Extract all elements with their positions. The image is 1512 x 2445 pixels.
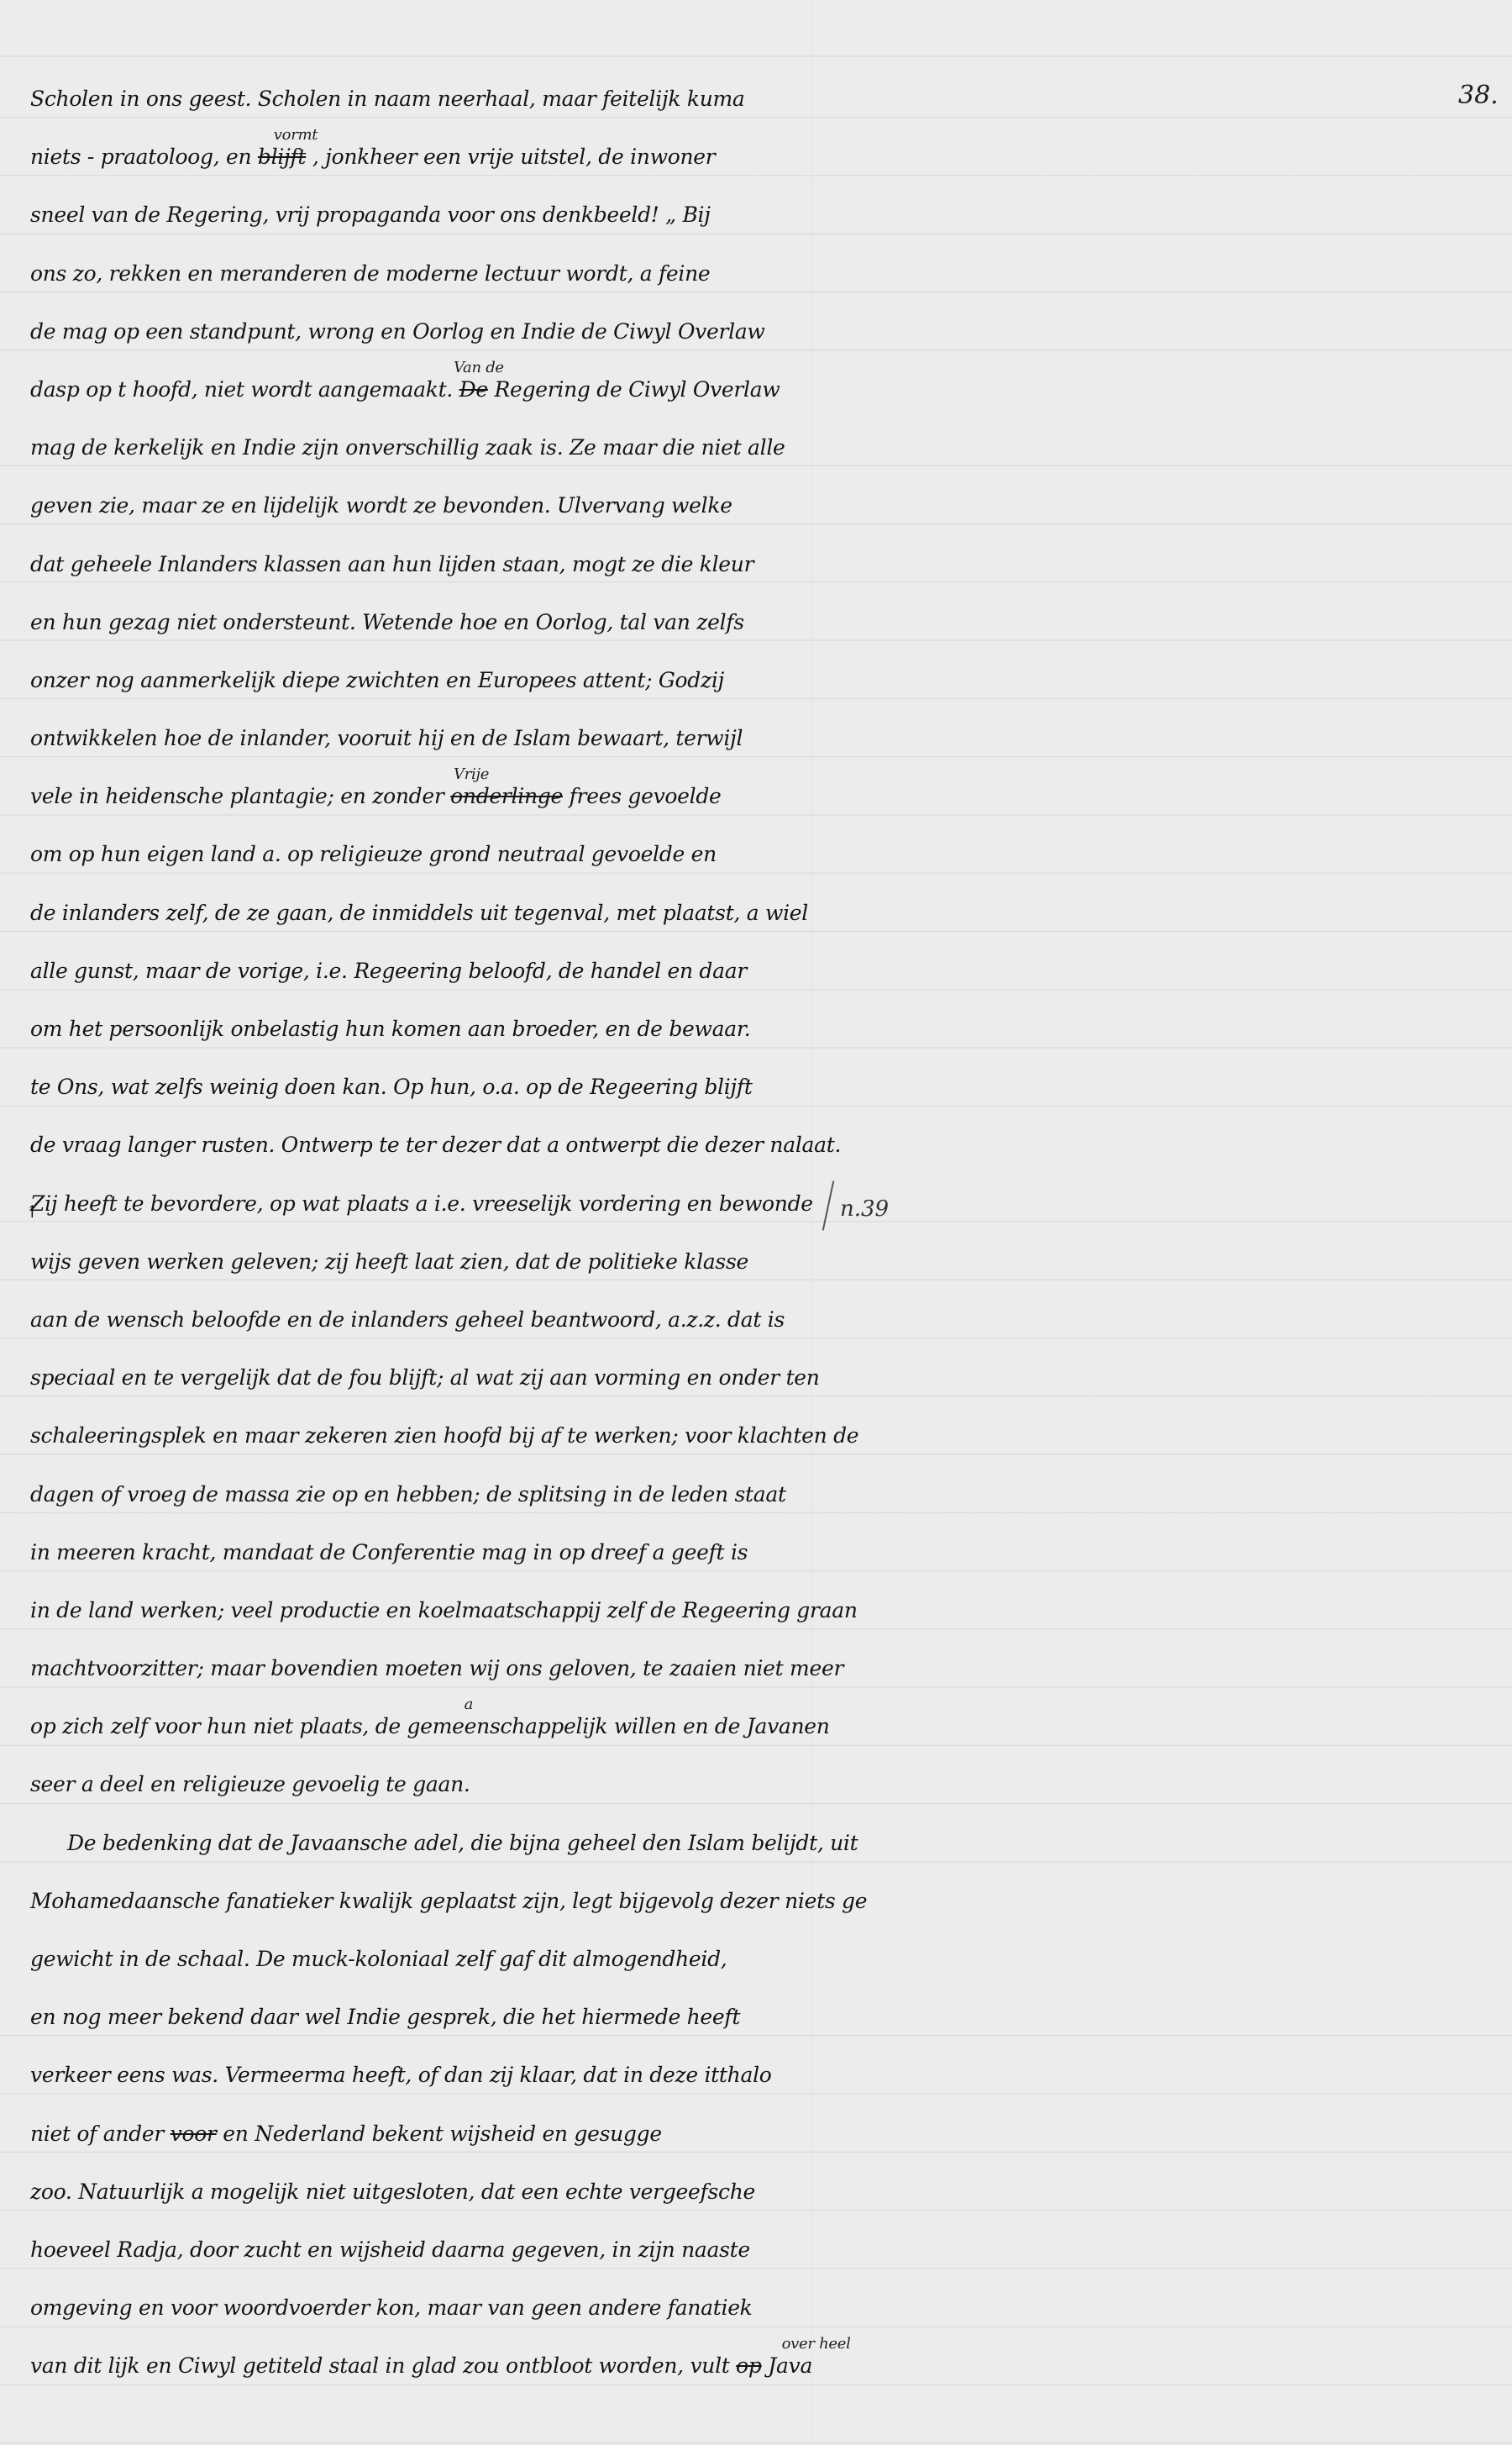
interlinear-insertion: a — [465, 1686, 473, 1723]
manuscript-line: omgeving en voor woordvoerder kon, maar … — [30, 2290, 803, 2348]
manuscript-line: de mag op een standpunt, wrong en Oorlog… — [30, 313, 803, 371]
manuscript-line: vele in heidensche plantagie; en zonder … — [30, 778, 803, 836]
manuscript-line: niet of ander voor en Nederland bekent w… — [30, 2116, 803, 2174]
insertion-caret: ↑ — [25, 1201, 39, 1222]
manuscript-line: in de land werken; veel productie en koe… — [30, 1592, 803, 1650]
manuscript-line: seer a deel en religieuze gevoelig te ga… — [30, 1766, 803, 1824]
manuscript-line: om het persoonlijk onbelastig hun komen … — [30, 1011, 803, 1069]
manuscript-line: om op hun eigen land a. op religieuze gr… — [30, 836, 803, 894]
manuscript-line: op zich zelf voor hun niet plaats, de ge… — [30, 1708, 803, 1766]
interlinear-insertion: vormt — [274, 117, 318, 154]
manuscript-line: alle gunst, maar de vorige, i.e. Regeeri… — [30, 953, 803, 1011]
manuscript-line: mag de kerkelijk en Indie zijn onverschi… — [30, 429, 803, 487]
interlinear-insertion: Van de — [454, 350, 504, 386]
manuscript-text: Scholen in ons geest. Scholen in naam ne… — [30, 81, 803, 2406]
manuscript-line: hoeveel Radja, door zucht en wijsheid da… — [30, 2232, 803, 2290]
manuscript-line: schaleeringsplek en maar zekeren zien ho… — [30, 1417, 803, 1475]
manuscript-line: Zij heeft te bevordere, op wat plaats a … — [30, 1186, 803, 1244]
manuscript-line: verkeer eens was. Vermeerma heeft, of da… — [30, 2057, 803, 2115]
page-fold — [811, 0, 811, 2445]
manuscript-line: te Ons, wat zelfs weinig doen kan. Op hu… — [30, 1069, 803, 1127]
manuscript-line: dagen of vroeg de massa zie op en hebben… — [30, 1476, 803, 1534]
manuscript-line: van dit lijk en Ciwyl getiteld staal in … — [30, 2348, 803, 2406]
manuscript-line: aan de wensch beloofde en de inlanders g… — [30, 1301, 803, 1359]
manuscript-line: speciaal en te vergelijk dat de fou blij… — [30, 1359, 803, 1417]
manuscript-line: Scholen in ons geest. Scholen in naam ne… — [30, 81, 803, 139]
margin-note: n.39 — [840, 1196, 889, 1222]
manuscript-line: de vraag langer rusten. Ontwerp te ter d… — [30, 1127, 803, 1185]
manuscript-line: gewicht in de schaal. De muck-koloniaal … — [30, 1941, 803, 1999]
manuscript-line: en nog meer bekend daar wel Indie gespre… — [30, 1999, 803, 2057]
manuscript-line: sneel van de Regering, vrij propaganda v… — [30, 197, 803, 255]
manuscript-line: de inlanders zelf, de ze gaan, de inmidd… — [30, 895, 803, 953]
struck-word: voor — [171, 2122, 217, 2146]
manuscript-line: en hun gezag niet ondersteunt. Wetende h… — [30, 604, 803, 662]
manuscript-line: niets - praatoloog, en blijft , jonkheer… — [30, 139, 803, 197]
margin-bracket — [822, 1180, 834, 1230]
manuscript-line: geven zie, maar ze en lijdelijk wordt ze… — [30, 487, 803, 545]
manuscript-line: ons zo, rekken en meranderen de moderne … — [30, 255, 803, 313]
manuscript-line: dasp op t hoofd, niet wordt aangemaakt. … — [30, 371, 803, 429]
manuscript-line: Mohamedaansche fanatieker kwalijk geplaa… — [30, 1883, 803, 1941]
page-number: 38. — [1458, 81, 1499, 110]
manuscript-line: onzer nog aanmerkelijk diepe zwichten en… — [30, 662, 803, 720]
manuscript-line: dat geheele Inlanders klassen aan hun li… — [30, 546, 803, 604]
manuscript-line: De bedenking dat de Javaansche adel, die… — [30, 1825, 803, 1883]
struck-word: op — [736, 2353, 761, 2378]
manuscript-line: machtvoorzitter; maar bovendien moeten w… — [30, 1650, 803, 1708]
interlinear-insertion: over heel — [782, 2326, 851, 2363]
manuscript-line: zoo. Natuurlijk a mogelijk niet uitgeslo… — [30, 2174, 803, 2232]
manuscript-line: in meeren kracht, mandaat de Conferentie… — [30, 1534, 803, 1592]
interlinear-insertion: Vrije — [454, 756, 489, 793]
manuscript-line: wijs geven werken geleven; zij heeft laa… — [30, 1244, 803, 1301]
manuscript-line: ontwikkelen hoe de inlander, vooruit hij… — [30, 720, 803, 778]
manuscript-page: 38. Scholen in ons geest. Scholen in naa… — [0, 0, 1512, 2445]
